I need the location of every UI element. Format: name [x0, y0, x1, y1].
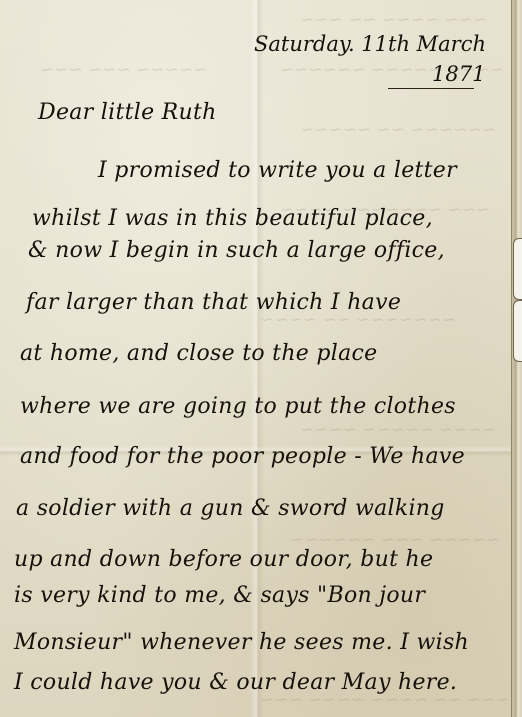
- bleed-through-text: ~~~ ~~~~ ~~ ~~~: [300, 10, 487, 30]
- letter-line: where we are going to put the clothes: [20, 394, 456, 419]
- date-underline: [388, 88, 474, 89]
- paper-edge-tear: [513, 238, 522, 300]
- letter-line: is very kind to me, & says "Bon jour: [14, 583, 425, 608]
- letter-line: whilst I was in this beautiful place,: [32, 206, 433, 231]
- letter-line: and food for the poor people - We have: [20, 444, 465, 469]
- salutation: Dear little Ruth: [38, 100, 217, 125]
- letter-line: far larger than that which I have: [26, 290, 401, 315]
- letter-line: a soldier with a gun & sword walking: [16, 496, 445, 521]
- letter-line: & now I begin in such a large office,: [28, 238, 445, 263]
- letter-year: 1871: [432, 62, 485, 86]
- letter-line: I could have you & our dear May here.: [14, 670, 457, 695]
- bleed-through-text: ~~~~~ ~~~ ~~~: [40, 60, 208, 80]
- letter-page: ~~~ ~~~~ ~~ ~~~ ~~~~ ~~~~~ ~~~~~~ ~~~~~ …: [0, 0, 522, 717]
- letter-line: I promised to write you a letter: [98, 158, 457, 183]
- bleed-through-text: ~~~~~~ ~~ ~~~~~: [300, 120, 496, 140]
- letter-line: Monsieur" whenever he sees me. I wish: [14, 630, 469, 655]
- paper-edge-tear: [513, 300, 522, 362]
- letter-line: up and down before our door, but he: [14, 547, 433, 572]
- bleed-through-text: ~~~~ ~~~~~ ~~~~: [300, 420, 496, 440]
- letter-date: Saturday. 11th March: [254, 32, 486, 56]
- letter-line: at home, and close to the place: [20, 341, 377, 366]
